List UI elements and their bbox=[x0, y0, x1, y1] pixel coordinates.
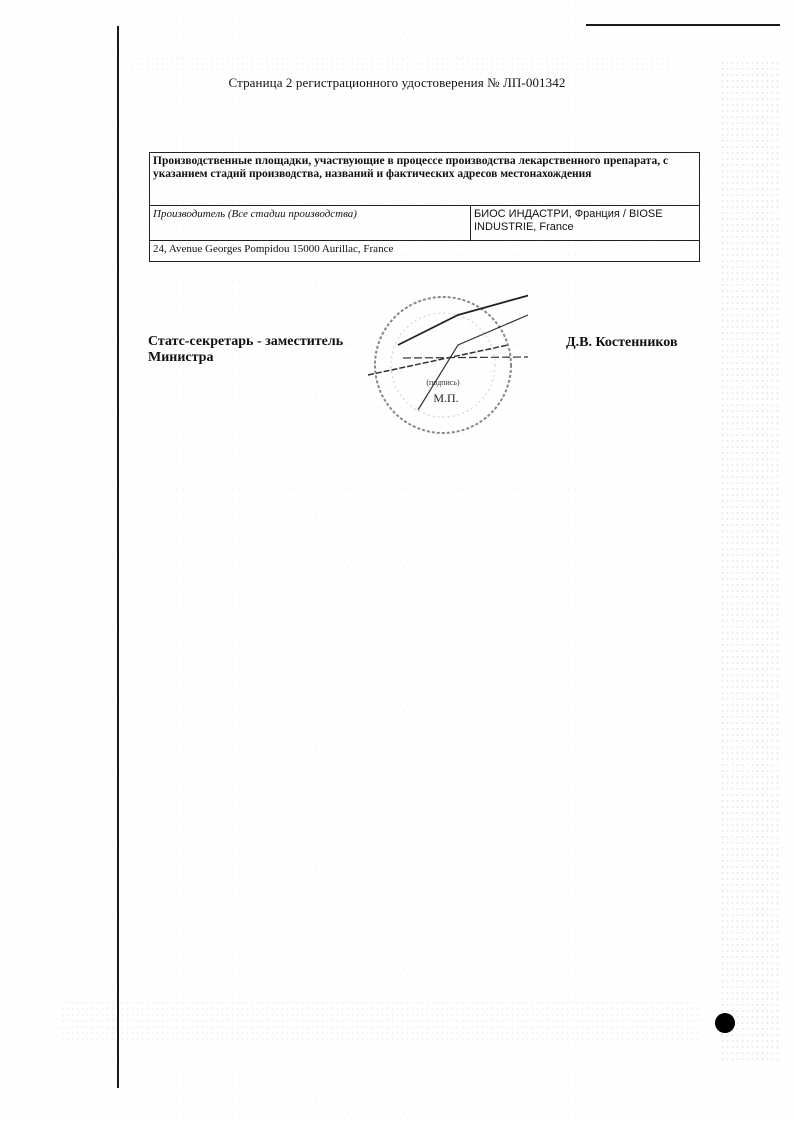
top-edge-line bbox=[586, 24, 780, 26]
manufacturer-value: БИОС ИНДАСТРИ, Франция / BIOSE INDUSTRIE… bbox=[471, 206, 700, 241]
manufacturer-address: 24, Avenue Georges Pompidou 15000 Aurill… bbox=[150, 241, 700, 262]
signer-position-line1: Статс-секретарь - заместитель bbox=[148, 334, 343, 350]
signer-name: Д.В. Костенников bbox=[566, 335, 678, 351]
table-title: Производственные площадки, участвующие в… bbox=[150, 153, 700, 206]
production-sites-table: Производственные площадки, участвующие в… bbox=[149, 152, 700, 262]
scan-noise-bottom bbox=[60, 1000, 700, 1040]
page-header: Страница 2 регистрационного удостоверени… bbox=[0, 75, 794, 91]
official-seal-stamp: (подпись) М.П. bbox=[358, 285, 528, 445]
scan-noise-right bbox=[720, 60, 780, 1060]
left-margin-line bbox=[117, 26, 119, 1088]
manufacturer-label: Производитель (Все стадии производства) bbox=[150, 206, 471, 241]
seal-stamp-label: М.П. bbox=[433, 391, 458, 405]
scan-noise-top bbox=[130, 55, 670, 73]
seal-signature-label: (подпись) bbox=[426, 378, 460, 387]
table-row: 24, Avenue Georges Pompidou 15000 Aurill… bbox=[150, 241, 700, 262]
signer-position: Статс-секретарь - заместитель Министра bbox=[148, 334, 343, 366]
scan-marker-dot bbox=[715, 1013, 735, 1033]
table-row: Производитель (Все стадии производства) … bbox=[150, 206, 700, 241]
signer-position-line2: Министра bbox=[148, 350, 343, 366]
